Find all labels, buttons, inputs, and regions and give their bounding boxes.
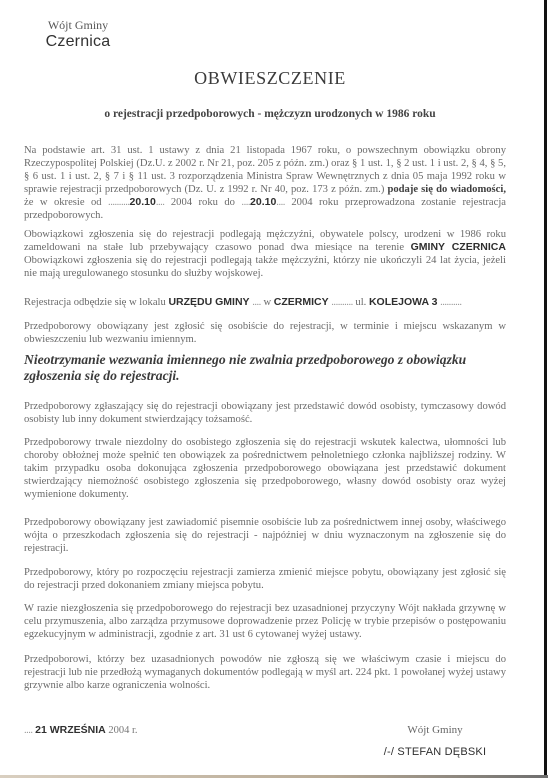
fill-dots: .... — [252, 297, 261, 308]
venue-in: w — [263, 297, 271, 308]
announcement-emphasis: podaje się do wiadomości, — [387, 184, 506, 195]
paragraph-penalty-fine: W razie niezgłoszenia się przedpoboroweg… — [24, 602, 506, 641]
fill-dots: .... — [241, 197, 250, 208]
signer-name: /-/ STEFAN DĘBSKI — [360, 746, 510, 758]
paragraph-venue: Rejestracja odbędzie się w lokalu URZĘDU… — [24, 296, 506, 309]
fill-dots: .... — [156, 197, 165, 208]
paragraph-legal-basis: Na podstawie art. 31 ust. 1 ustawy z dni… — [24, 144, 506, 222]
fill-dots: .......... — [440, 297, 461, 308]
venue-prefix: Rejestracja odbędzie się w lokalu — [24, 297, 166, 308]
paragraph-identity-documents: Przedpoborowy zgłaszający się do rejestr… — [24, 400, 506, 426]
fill-dots: .... — [276, 197, 285, 208]
issuer-header: Wójt Gminy Czernica — [28, 18, 128, 52]
paragraph-obstacle-notification: Przedpoborowy obowiązany jest zawiadomić… — [24, 516, 506, 555]
venue-street-prefix: ul. — [355, 297, 366, 308]
paragraph-obligation: Obowiązkowi zgłoszenia się do rejestracj… — [24, 228, 506, 280]
municipality-name: GMINY CZERNICA — [411, 241, 506, 253]
paragraph-penalty-law: Przedpoborowi, którzy bez uzasadnionych … — [24, 653, 506, 692]
issue-date: .... 21 WRZEŚNIA 2004 r. — [24, 724, 138, 736]
document-subtitle: o rejestracji przedpoborowych - mężczyzn… — [0, 108, 540, 120]
venue-name: URZĘDU GMINY — [168, 296, 249, 308]
period-middle: 2004 roku do — [171, 197, 235, 208]
issuer-role: Wójt Gminy — [28, 18, 128, 32]
signer-role: Wójt Gminy — [360, 724, 510, 736]
fill-dots: .......... — [331, 297, 352, 308]
registration-date-from: 20.10 — [130, 196, 156, 208]
paragraph-disabled-registration: Przedpoborowy trwale niezdolny do osobis… — [24, 436, 506, 501]
obligation-extension-text: Obowiązkowi zgłoszenia się do rejestracj… — [24, 255, 506, 279]
important-notice: Nieotrzymanie wezwania imiennego nie zwa… — [24, 352, 514, 384]
fill-dots: .......... — [108, 197, 129, 208]
registration-date-to: 20.10 — [250, 196, 276, 208]
paragraph-personal-appearance: Przedpoborowy obowiązany jest zgłosić si… — [24, 320, 506, 346]
notice-page: Wójt Gminy Czernica OBWIESZCZENIE o reje… — [0, 0, 547, 776]
issue-date-year: 2004 r. — [108, 725, 137, 736]
fill-dots: .... — [24, 725, 33, 736]
document-title: OBWIESZCZENIE — [0, 68, 540, 89]
paragraph-change-of-residence: Przedpoborowy, który po rozpoczęciu reje… — [24, 566, 506, 592]
issuer-name: Czernica — [28, 32, 128, 52]
period-prefix: że w okresie od — [24, 197, 102, 208]
venue-town: CZERMICY — [274, 296, 329, 308]
issue-date-value: 21 WRZEŚNIA — [35, 724, 106, 736]
venue-street: KOLEJOWA 3 — [369, 296, 437, 308]
